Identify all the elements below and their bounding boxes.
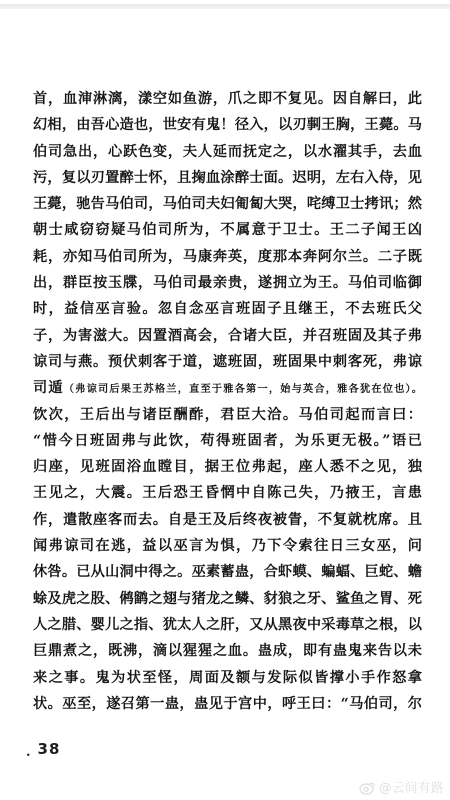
text-line: 王见之，大震。王后恐王昏惘中自陈己失，乃掖王，言患	[33, 480, 422, 506]
text-line: 首，血渖淋漓，漾空如鱼游，爪之即不复见。因自解曰，此	[33, 86, 422, 112]
text-line: 谅司与燕。预伏刺客于道，遮班固，班固果中刺客死，弗谅	[33, 349, 422, 375]
text-line: 伯司急出，心跃色变，夫人延而抚定之，以水濯其手，去血	[33, 139, 422, 165]
text-line: “惜今日班固弗与此饮，苟得班固者，为乐更无极。”语已	[33, 428, 422, 454]
text-line: 污，复以刃置醉士怀，且掬血涂醉士面。迟明，左右入侍，见	[33, 165, 422, 191]
text-line: 司遁（弗谅司后果王苏格兰，直至于雅各第一，始与英合，雅各犹在位也）。	[33, 375, 422, 401]
text-line: 出，群臣按玉牒，马伯司最亲贵，遂拥立为王。马伯司临御	[33, 270, 422, 296]
text-line: 人之腊、婴儿之指、犹太人之肝，又从黑夜中采毒草之根，以	[33, 612, 422, 638]
text-line: 王薨，驰告马伯司，马伯司夫妇匍匐大哭，咤缚卫士拷讯；然	[33, 191, 422, 217]
text-line: 子，为害滋大。因置酒高会，合诸大臣，并召班固及其子弗	[33, 323, 422, 349]
text-block: 首，血渖淋漓，漾空如鱼游，爪之即不复见。因自解曰，此幻相，由吾心造也，世安有鬼！…	[33, 86, 422, 717]
text-line: 来之事。鬼为状至怪，周面及额与发际似皆撑小手作怒拿	[33, 665, 422, 691]
text-line: 状。巫至，遂召第一蛊，蛊见于宫中，呼王曰：“马伯司，尔留	[33, 691, 422, 717]
page-number-row: . 38	[26, 740, 60, 758]
text-line: 时，益信巫言验。忽自念巫言班固子且继王，不去班氏父	[33, 296, 422, 322]
text-line: 休咎。已从山洞中得之。巫素蓄蛊，合虾蟆、蝙蝠、巨蛇、蟾	[33, 559, 422, 585]
page-number: 38	[38, 740, 61, 758]
watermark-handle: @云间有路	[379, 778, 444, 796]
text-line: 巨鼎煮之，既沸，滴以猩猩之血。蛊成，即有蛊鬼来告以未	[33, 638, 422, 664]
text-line: 作，遣散座客而去。自是王及后终夜被眚，不复就枕席。且	[33, 507, 422, 533]
text-line: 闻弗谅司在逃，益以巫言为惧，乃下令索往日三女巫，问	[33, 533, 422, 559]
scan-edge-line	[0, 4, 450, 9]
text-line: 蜍及虎之股、鸺鹠之翅与猪龙之鳞、豺狼之牙、鲨鱼之胃、死	[33, 586, 422, 612]
watermark: @云间有路	[359, 778, 444, 796]
text-line: 幻相，由吾心造也，世安有鬼！径入，以刃剚王胸，王薨。马	[33, 112, 422, 138]
text-line: 饮次，王后出与诸臣酬酢，君臣大洽。马伯司起而言曰：	[33, 402, 422, 428]
inline-annotation: （弗谅司后果王苏格兰，直至于雅各第一，始与英合，雅各犹在位也）。	[64, 383, 422, 395]
text-line: 归座，见班固浴血瞠目，据王位弗起，座人悉不之见，独	[33, 454, 422, 480]
print-artifact-dot: .	[26, 748, 31, 758]
weibo-icon	[359, 780, 376, 795]
text-line: 耗，亦知马伯司所为，马康奔英，度那本奔阿尔兰。二子既	[33, 244, 422, 270]
text-line: 朝士咸窃窃疑马伯司所为，不属意于卫士。王二子闻王凶	[33, 217, 422, 243]
